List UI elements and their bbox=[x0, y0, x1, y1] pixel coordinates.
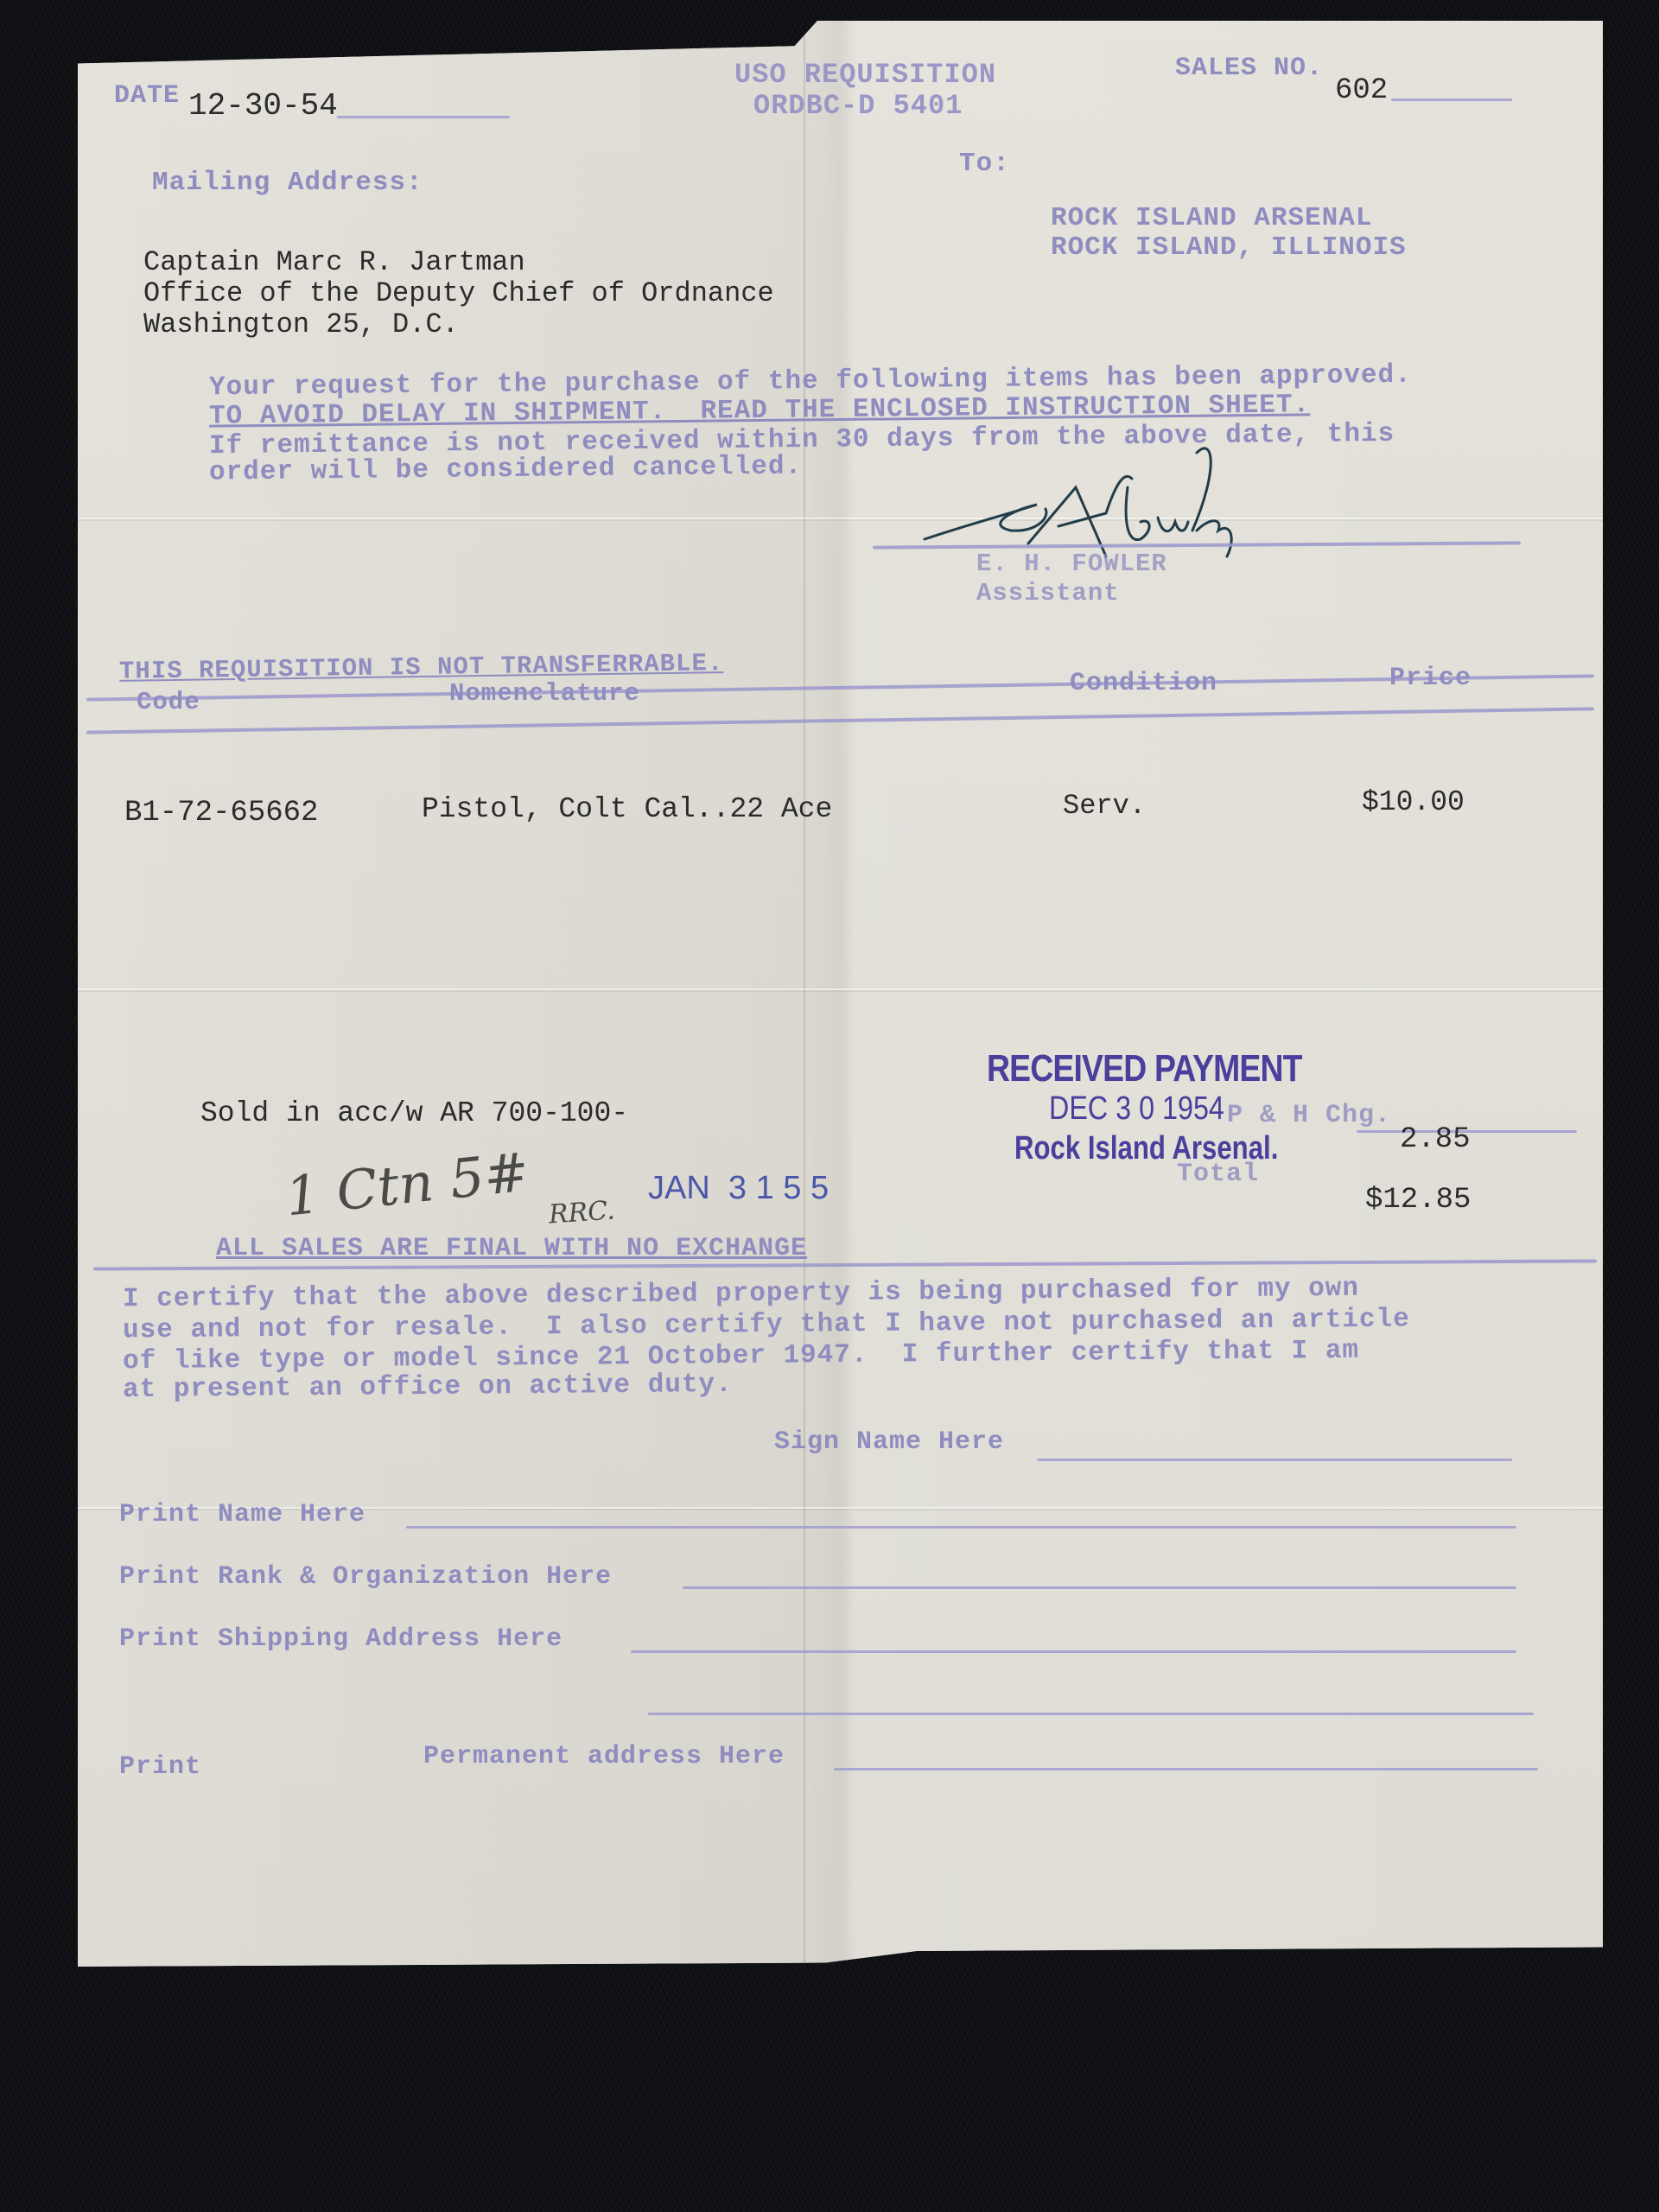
signatory-name: E. H. FOWLER bbox=[976, 550, 1167, 578]
ph-charge-label: P & H Chg. bbox=[1227, 1101, 1391, 1130]
recipient-office: Office of the Deputy Chief of Ordnance bbox=[143, 278, 774, 309]
vertical-fold bbox=[804, 21, 805, 1967]
sales-no-underline bbox=[1391, 99, 1512, 101]
total-value: $12.85 bbox=[1365, 1184, 1471, 1217]
regulation-note: Sold in acc/w AR 700-100- bbox=[200, 1097, 628, 1129]
print-rank-label: Print Rank & Organization Here bbox=[119, 1562, 612, 1592]
handwritten-initials: RRC. bbox=[548, 1195, 616, 1230]
mailing-address-label: Mailing Address: bbox=[152, 168, 423, 198]
horizontal-fold-1 bbox=[78, 518, 1603, 519]
form-title: USO REQUISITION bbox=[734, 59, 996, 91]
column-header-price: Price bbox=[1389, 664, 1471, 693]
column-header-nomenclature: Nomenclature bbox=[449, 679, 640, 708]
print-permanent-label: Print bbox=[119, 1752, 201, 1782]
signatory-title: Assistant bbox=[976, 579, 1120, 607]
item-price: $10.00 bbox=[1362, 786, 1465, 818]
recipient-city: Washington 25, D.C. bbox=[143, 309, 459, 340]
sales-no-value: 602 bbox=[1335, 74, 1388, 107]
to-line-1: ROCK ISLAND ARSENAL bbox=[1051, 204, 1372, 233]
final-sale-notice: ALL SALES ARE FINAL WITH NO EXCHANGE bbox=[216, 1234, 807, 1263]
print-shipping-field[interactable] bbox=[631, 1650, 1516, 1653]
form-number: ORDBC-D 5401 bbox=[753, 90, 963, 122]
receipt-date-stamp: JAN 3 1 5 5 bbox=[648, 1170, 829, 1207]
recipient-name: Captain Marc R. Jartman bbox=[143, 247, 525, 278]
print-rank-field[interactable] bbox=[683, 1586, 1516, 1589]
total-label: Total bbox=[1177, 1160, 1259, 1189]
to-label: To: bbox=[959, 149, 1010, 179]
sign-name-label: Sign Name Here bbox=[774, 1427, 1004, 1457]
date-underline bbox=[337, 116, 510, 118]
print-shipping-field-line-2[interactable] bbox=[648, 1713, 1534, 1715]
requisition-document: DATE 12-30-54 USO REQUISITION ORDBC-D 54… bbox=[78, 21, 1603, 1967]
cancellation-notice: order will be considered cancelled. bbox=[209, 451, 802, 487]
permanent-address-field[interactable] bbox=[834, 1768, 1538, 1770]
column-header-condition: Condition bbox=[1070, 669, 1217, 698]
horizontal-fold-2 bbox=[78, 988, 1603, 990]
item-nomenclature: Pistol, Colt Cal..22 Ace bbox=[422, 793, 832, 825]
item-condition: Serv. bbox=[1063, 790, 1146, 822]
column-header-code: Code bbox=[137, 688, 200, 716]
date-value: 12-30-54 bbox=[188, 88, 338, 124]
to-line-2: ROCK ISLAND, ILLINOIS bbox=[1051, 233, 1407, 263]
date-label: DATE bbox=[114, 81, 180, 111]
item-code: B1-72-65662 bbox=[124, 797, 318, 829]
certification-line-4: at present an office on active duty. bbox=[123, 1370, 733, 1405]
sales-no-label: SALES NO. bbox=[1175, 54, 1323, 83]
handwritten-note: 1 Ctn 5# bbox=[283, 1140, 532, 1228]
print-shipping-label: Print Shipping Address Here bbox=[119, 1624, 563, 1654]
ph-charge-value: 2.85 bbox=[1400, 1123, 1471, 1156]
sign-name-field[interactable] bbox=[1037, 1459, 1512, 1461]
print-name-field[interactable] bbox=[406, 1526, 1516, 1529]
permanent-address-label: Permanent address Here bbox=[423, 1742, 785, 1771]
stamp-received-payment: RECEIVED PAYMENT bbox=[987, 1047, 1302, 1090]
stamp-date: DEC 3 0 1954 bbox=[1049, 1090, 1224, 1128]
print-name-label: Print Name Here bbox=[119, 1500, 365, 1529]
table-header-bottom-rule bbox=[86, 707, 1594, 734]
